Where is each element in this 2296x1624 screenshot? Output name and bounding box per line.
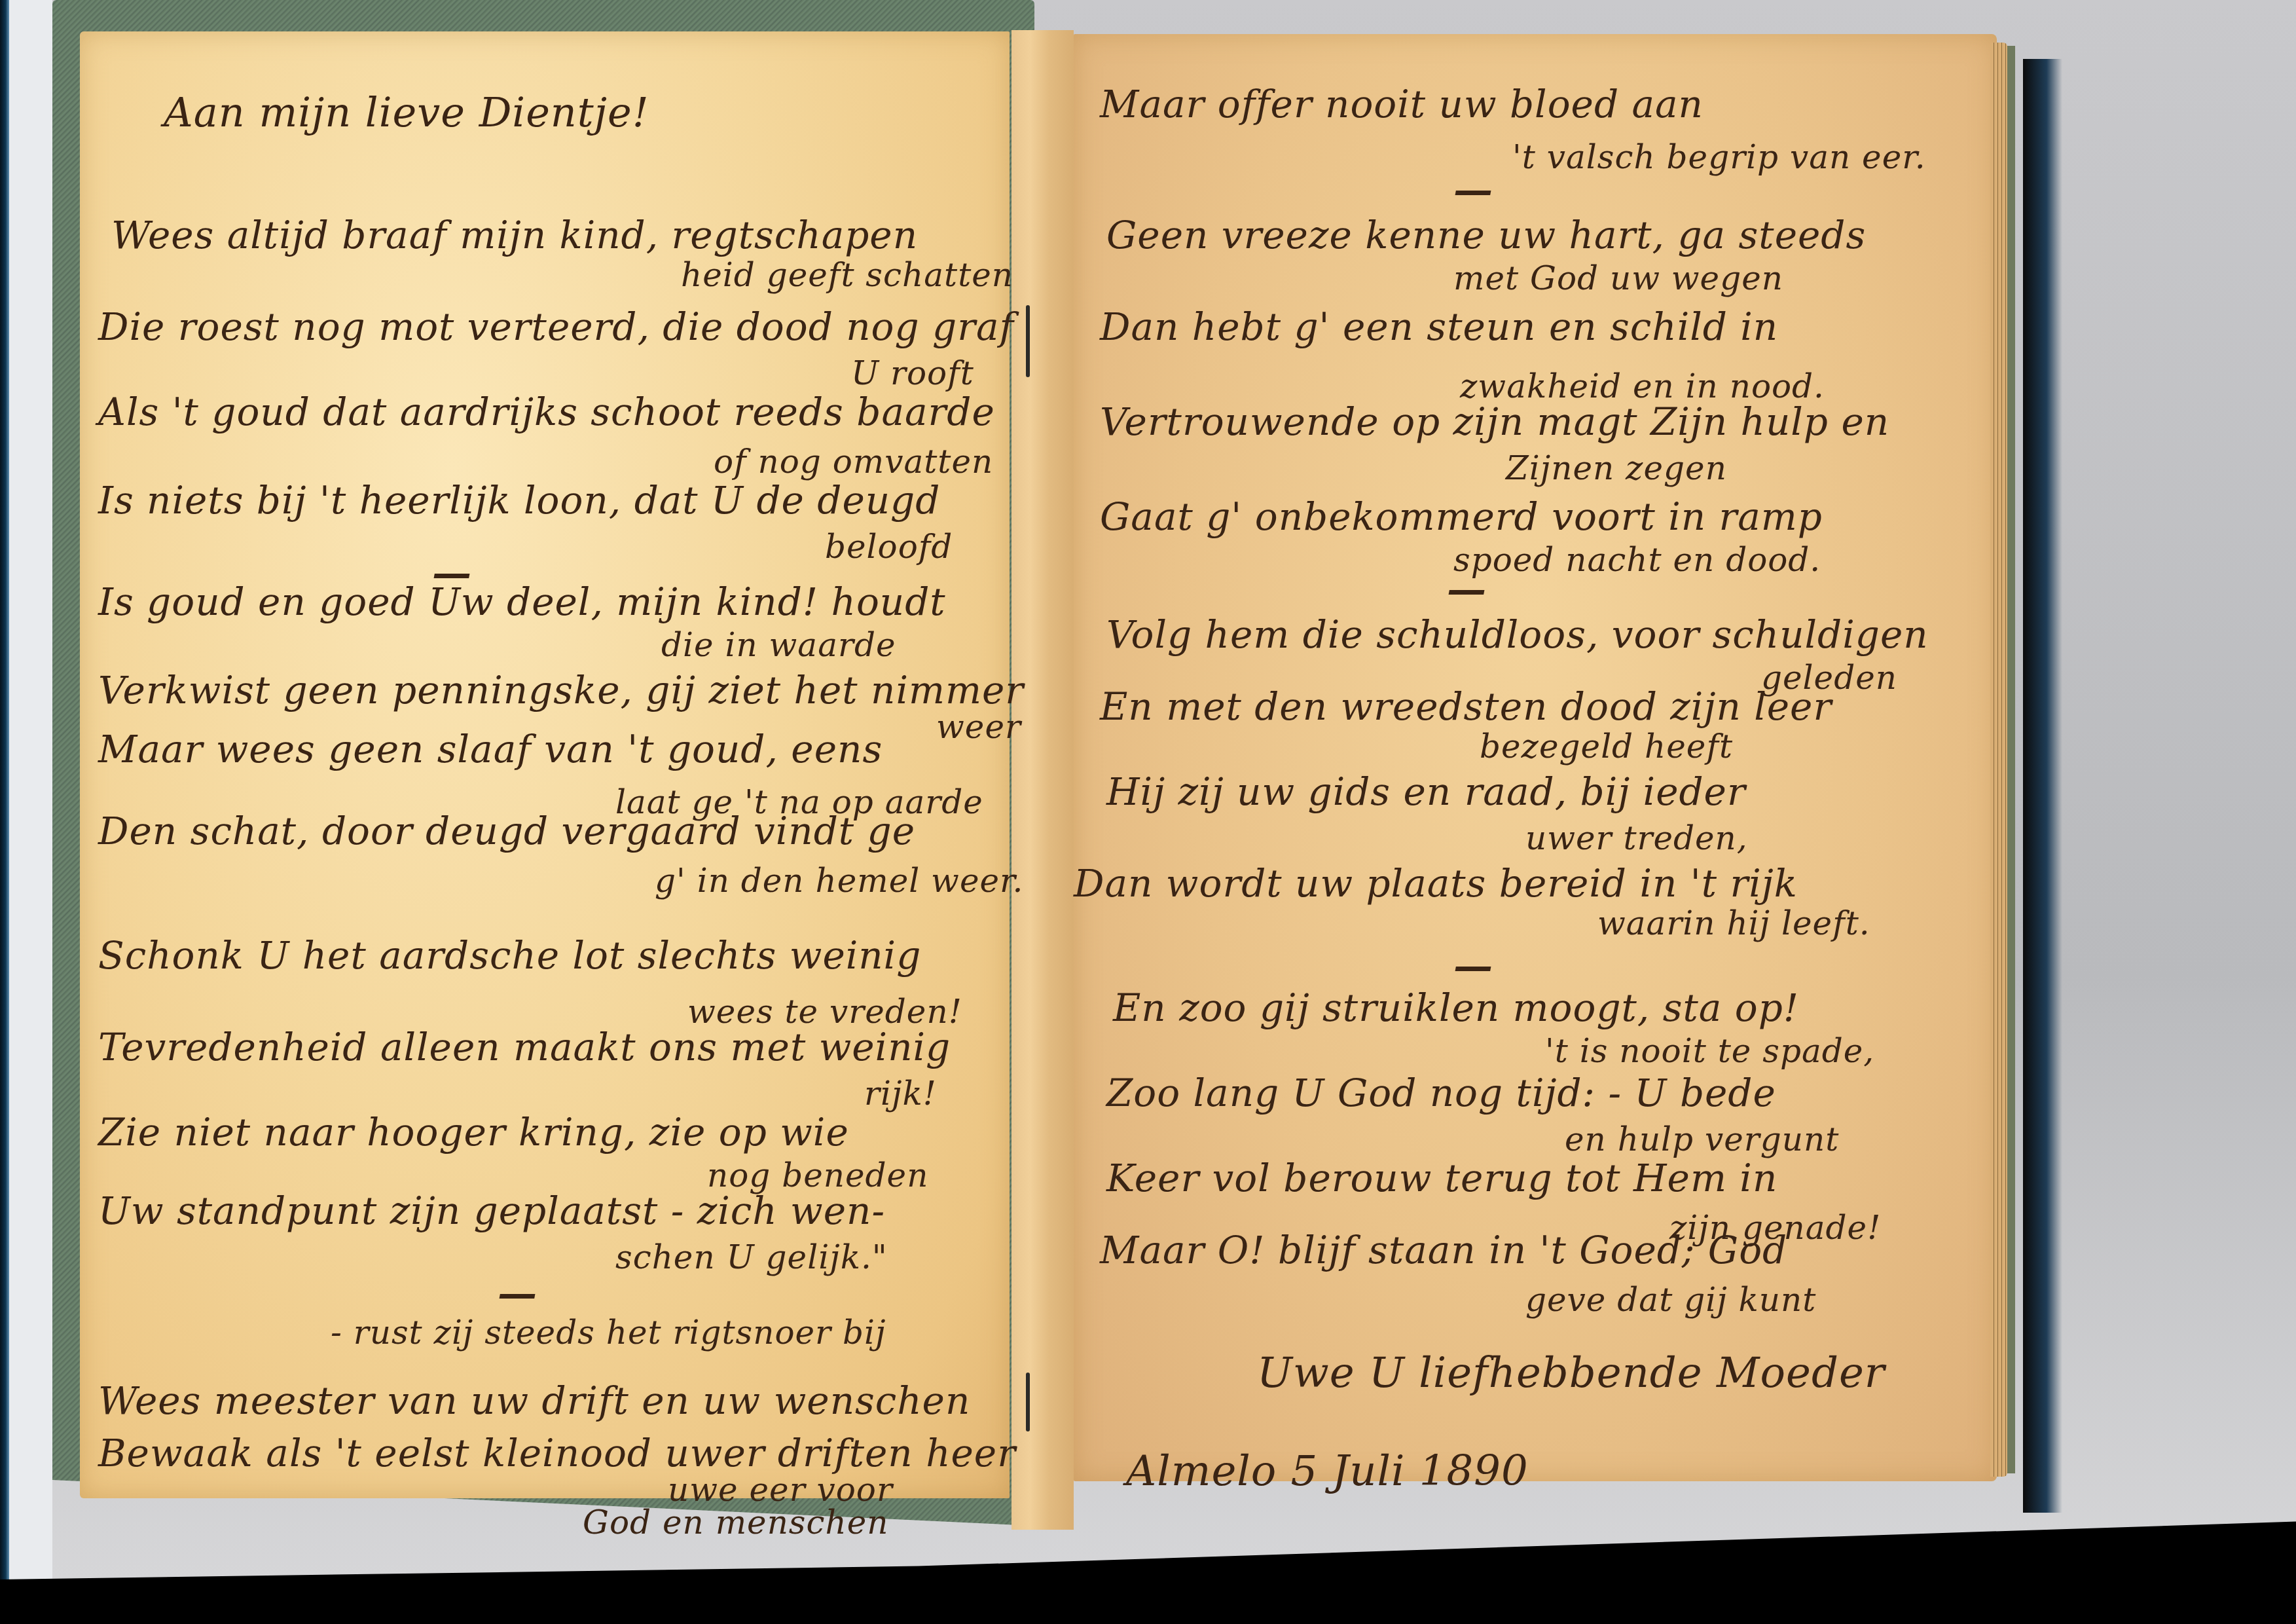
verse-line: Is niets bij 't heerlijk loon, dat U de … <box>98 481 940 519</box>
verse-line: Maar offer nooit uw bloed aan <box>1100 85 1704 123</box>
verse-continuation: en hulp vergunt <box>1565 1123 1839 1156</box>
page-edges <box>1990 43 2007 1477</box>
book-spine <box>1011 30 1074 1530</box>
book-shadow <box>2023 59 2062 1513</box>
verse-line: Zoo lang U God nog tijd: - U bede <box>1106 1074 1776 1112</box>
verse-line: Schonk U het aardsche lot slechts weinig <box>98 936 921 974</box>
scan-bottom-shadow <box>0 1513 2296 1624</box>
verse-line: Wees altijd braaf mijn kind, regtschapen <box>111 216 918 254</box>
separator-dash: — <box>1453 943 1493 989</box>
verse-continuation: schen U gelijk." <box>615 1241 888 1274</box>
verse-line: En zoo gij struiklen moogt, sta op! <box>1113 989 1799 1027</box>
verse-line: Gaat g' onbekommerd voort in ramp <box>1100 498 1823 536</box>
signature: Uwe U liefhebbende Moeder <box>1257 1349 1885 1397</box>
verse-continuation: uwer treden, <box>1525 822 1748 855</box>
separator-dash: — <box>1453 167 1493 213</box>
binding-thread <box>1026 1373 1030 1431</box>
verse-line: Vertrouwende op zijn magt Zijn hulp en <box>1100 403 1889 441</box>
greeting-heading: Aan mijn lieve Dientje! <box>164 88 649 136</box>
scanner-edge <box>0 0 9 1624</box>
verse-continuation: geve dat gij kunt <box>1525 1283 1816 1316</box>
verse-line: Hij zij uw gids en raad, bij ieder <box>1106 773 1746 811</box>
separator-dash: — <box>1447 566 1487 612</box>
verse-continuation: 't is nooit te spade, <box>1545 1035 1874 1067</box>
verse-continuation: of nog omvatten <box>714 445 993 478</box>
verse-line: Dan hebt g' een steun en schild in <box>1100 308 1778 346</box>
verse-line: Wees meester van uw drift en uw wenschen <box>98 1382 970 1420</box>
verse-continuation: Zijnen zegen <box>1506 452 1727 485</box>
scanner-margin <box>9 0 52 1624</box>
verse-line: Is goud en goed Uw deel, mijn kind! houd… <box>98 583 946 621</box>
verse-line: Maar wees geen slaaf van 't goud, eens <box>98 730 883 768</box>
verse-line: Die roest nog mot verteerd, die dood nog… <box>98 308 1014 346</box>
verse-continuation: zwakheid en in nood. <box>1460 370 1825 403</box>
verse-line: Bewaak als 't eelst kleinood uwer drifte… <box>98 1434 1016 1472</box>
separator-dash: — <box>498 1270 538 1316</box>
verse-continuation: weer <box>936 710 1021 743</box>
verse-continuation: uwe eer voor <box>668 1473 893 1506</box>
verse-line: Maar O! blijf staan in 't Goed; God <box>1100 1231 1787 1269</box>
verse-continuation: bezegeld heeft <box>1480 730 1733 763</box>
verse-continuation: g' in den hemel weer. <box>655 864 1023 897</box>
verse-continuation: nog beneden <box>707 1159 928 1192</box>
verse-continuation: - rust zij steeds het rigtsnoer bij <box>331 1316 886 1349</box>
verse-line: Keer vol berouw terug tot Hem in <box>1106 1159 1777 1197</box>
verse-continuation: waarin hij leeft. <box>1597 907 1870 940</box>
verse-line: Volg hem die schuldloos, voor schuldigen <box>1106 616 1929 654</box>
place-date: Almelo 5 Juli 1890 <box>1126 1447 1529 1496</box>
verse-continuation: spoed nacht en dood. <box>1453 544 1821 576</box>
verse-continuation: met God uw wegen <box>1453 262 1783 295</box>
verse-line: Uw standpunt zijn geplaatst - zich wen- <box>98 1192 885 1230</box>
verse-continuation: 't valsch begrip van eer. <box>1512 141 1926 174</box>
verse-continuation: beloofd <box>825 530 953 563</box>
verse-continuation: die in waarde <box>661 629 896 661</box>
verse-line: Geen vreeze kenne uw hart, ga steeds <box>1106 216 1866 254</box>
verse-line: Verkwist geen penningske, gij ziet het n… <box>98 671 1024 709</box>
verse-continuation: U rooft <box>851 357 974 390</box>
verse-continuation: wees te vreden! <box>687 995 962 1028</box>
verse-line: Dan wordt uw plaats bereid in 't rijk <box>1074 864 1798 902</box>
verse-line: Tevredenheid alleen maakt ons met weinig <box>98 1028 951 1066</box>
verse-continuation: God en menschen <box>583 1506 889 1539</box>
verse-line: En met den wreedsten dood zijn leer <box>1100 688 1832 726</box>
verse-continuation: rijk! <box>864 1077 937 1110</box>
verse-line: Den schat, door deugd vergaard vindt ge <box>98 812 915 850</box>
verse-continuation: heid geeft schatten <box>681 259 1013 291</box>
binding-thread <box>1026 305 1030 377</box>
verse-line: Zie niet naar hooger kring, zie op wie <box>98 1113 849 1151</box>
verse-line: Als 't goud dat aardrijks schoot reeds b… <box>98 393 995 431</box>
